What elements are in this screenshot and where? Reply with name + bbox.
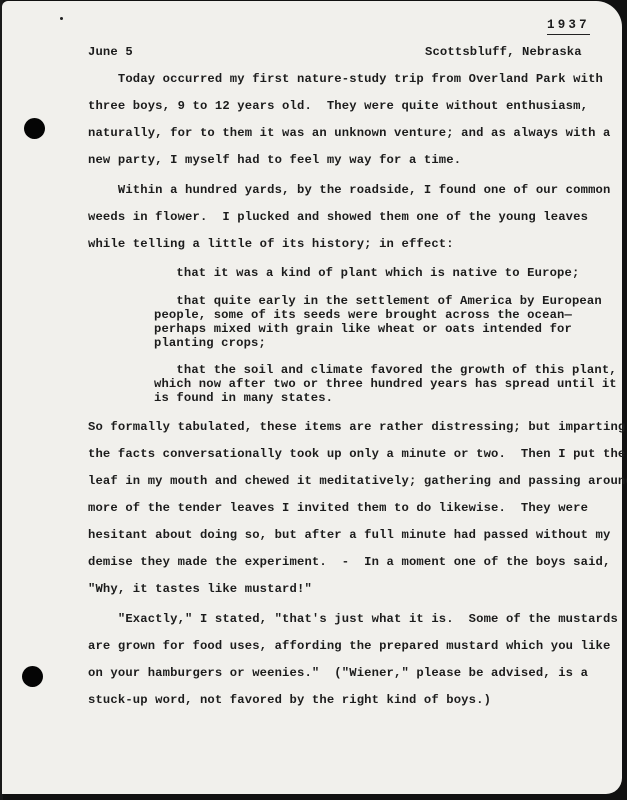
quote-line: that the soil and climate favored the gr… <box>154 363 617 377</box>
ink-speck <box>60 17 63 20</box>
text-line: Within a hundred yards, by the roadside,… <box>88 183 610 197</box>
text-line: "Why, it tastes like mustard!" <box>88 582 312 596</box>
quote-line: that quite early in the settlement of Am… <box>154 294 602 308</box>
text-line: new party, I myself had to feel my way f… <box>88 153 461 167</box>
quote-line: that it was a kind of plant which is nat… <box>154 266 579 280</box>
quote-line: which now after two or three hundred yea… <box>154 377 617 391</box>
entry-date: June 5 <box>88 45 133 59</box>
typewritten-page: 1937 June 5 Scottsbluff, Nebraska Today … <box>2 1 622 794</box>
text-line: more of the tender leaves I invited them… <box>88 501 588 515</box>
text-line: "Exactly," I stated, "that's just what i… <box>88 612 618 626</box>
text-line: while telling a little of its history; i… <box>88 237 454 251</box>
text-line: hesitant about doing so, but after a ful… <box>88 528 610 542</box>
text-line: Today occurred my first nature-study tri… <box>88 72 603 86</box>
text-line: on your hamburgers or weenies." ("Wiener… <box>88 666 588 680</box>
quote-line: people, some of its seeds were brought a… <box>154 308 572 322</box>
text-line: the facts conversationally took up only … <box>88 447 625 461</box>
text-line: leaf in my mouth and chewed it meditativ… <box>88 474 627 488</box>
punch-hole-top <box>24 118 45 139</box>
text-line: stuck-up word, not favored by the right … <box>88 693 491 707</box>
text-line: So formally tabulated, these items are r… <box>88 420 625 434</box>
quote-line: planting crops; <box>154 336 266 350</box>
entry-place: Scottsbluff, Nebraska <box>425 45 582 59</box>
quote-line: perhaps mixed with grain like wheat or o… <box>154 322 572 336</box>
year-heading: 1937 <box>547 18 590 35</box>
text-line: naturally, for to them it was an unknown… <box>88 126 610 140</box>
text-line: are grown for food uses, affording the p… <box>88 639 610 653</box>
text-line: weeds in flower. I plucked and showed th… <box>88 210 588 224</box>
quote-line: is found in many states. <box>154 391 333 405</box>
text-line: demise they made the experiment. - In a … <box>88 555 610 569</box>
punch-hole-bottom <box>22 666 43 687</box>
text-line: three boys, 9 to 12 years old. They were… <box>88 99 588 113</box>
